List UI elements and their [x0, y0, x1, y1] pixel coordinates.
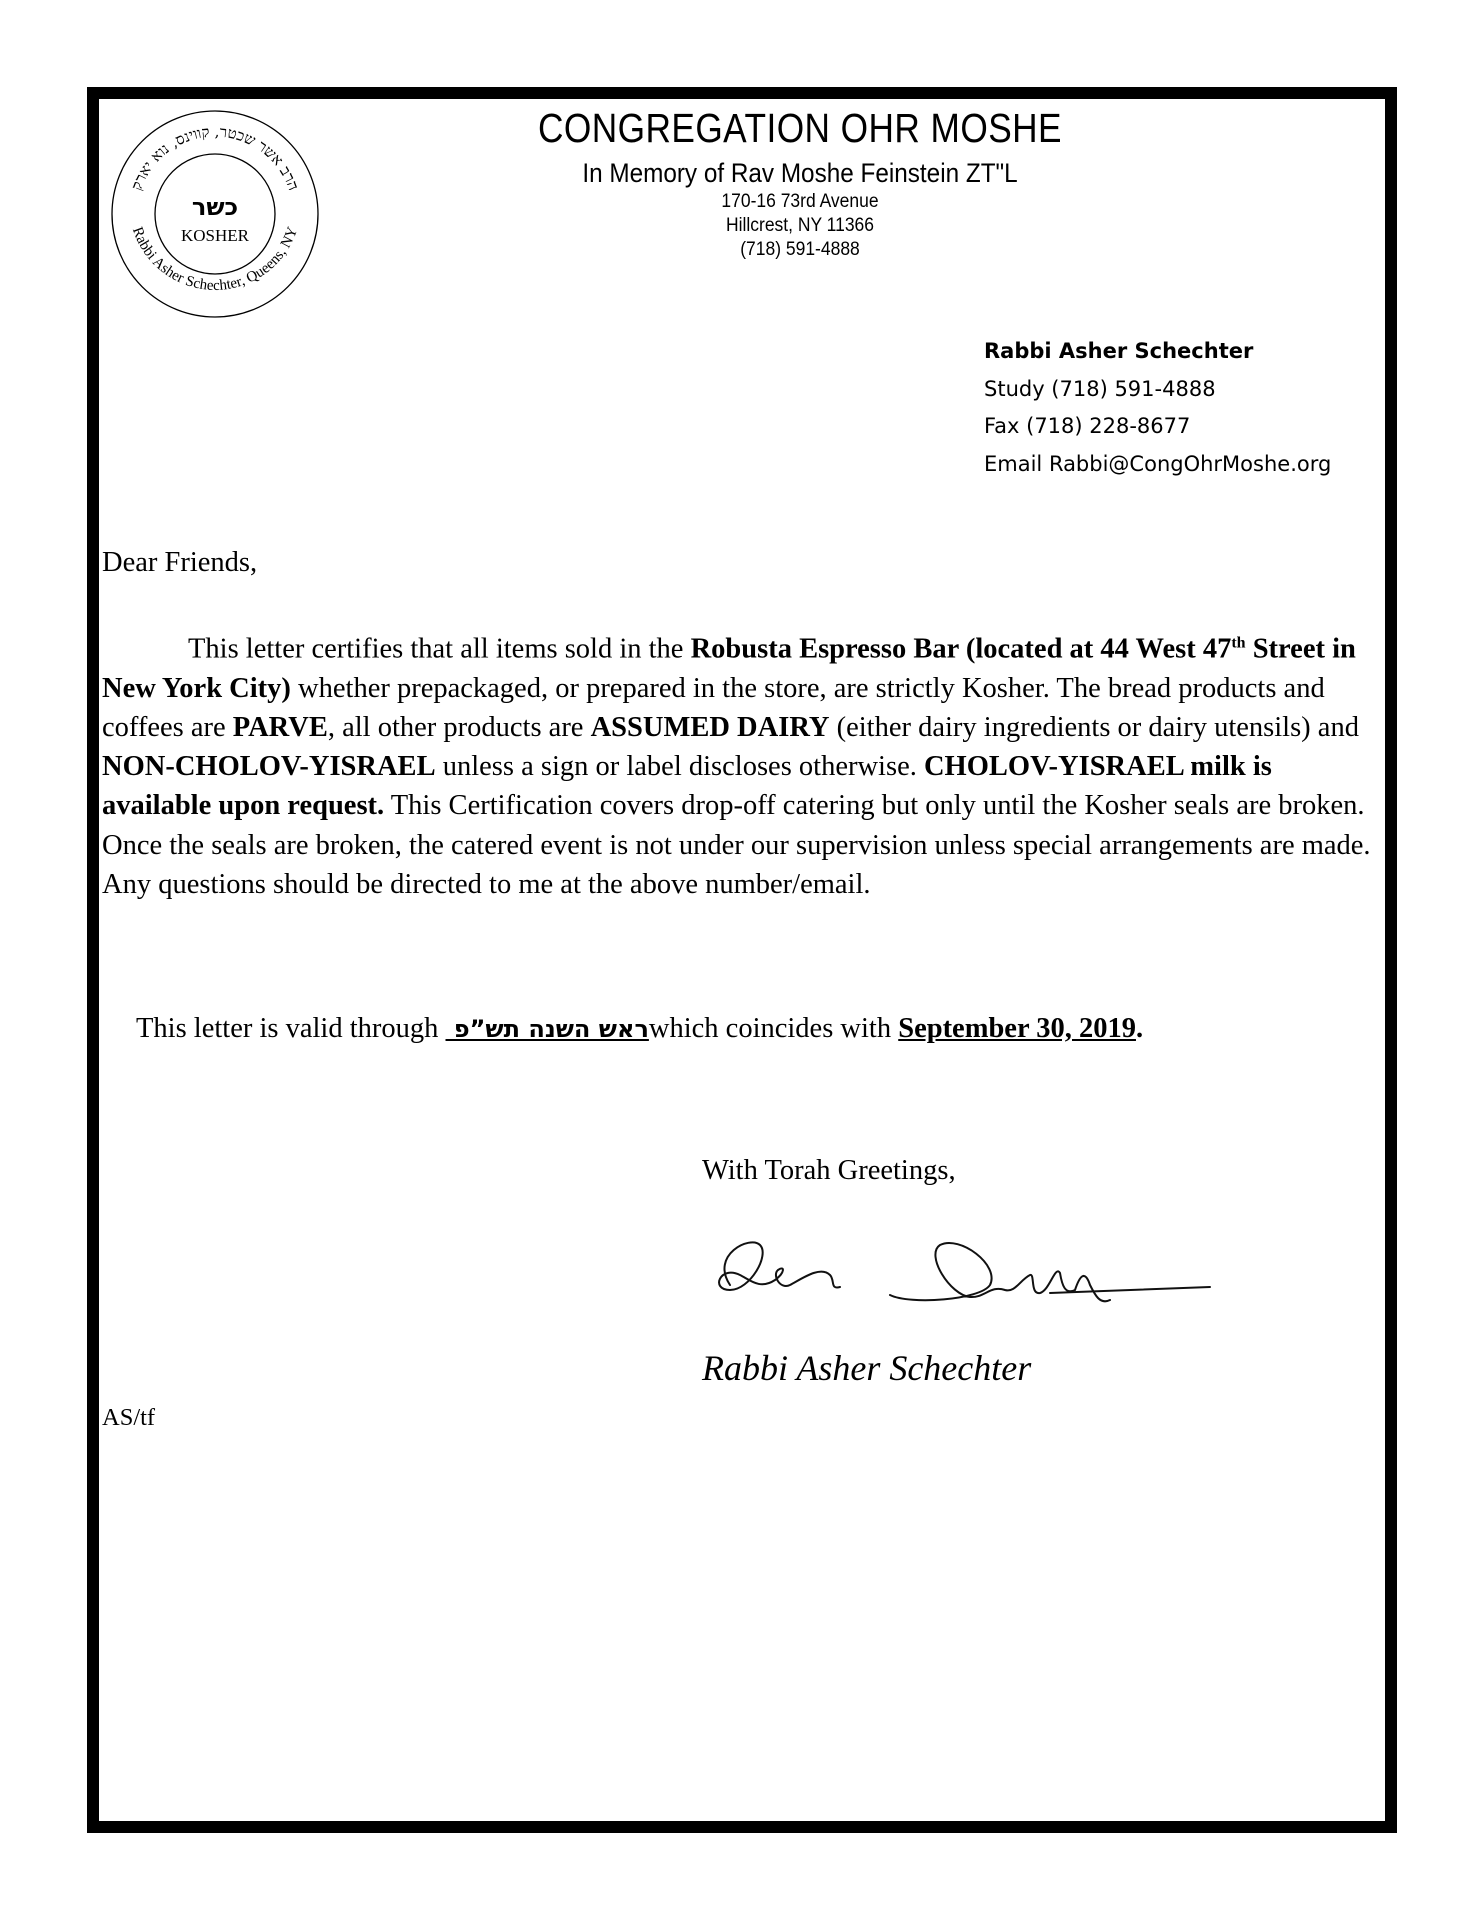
salutation: Dear Friends,	[102, 543, 1382, 582]
text-run: .	[1136, 1013, 1143, 1044]
hebrew-date: ראש השנה תש”פ	[446, 1015, 649, 1043]
text-run: (either dairy ingredients or dairy utens…	[829, 712, 1358, 743]
contact-email: Email Rabbi@CongOhrMoshe.org	[984, 446, 1331, 484]
non-cholov-yisrael-label: NON-CHOLOV-YISRAEL	[102, 751, 436, 782]
contact-block: Rabbi Asher Schechter Study (718) 591-48…	[984, 333, 1331, 483]
text-run: This letter certifies that all items sol…	[188, 634, 691, 665]
certification-paragraph: This letter certifies that all items sol…	[102, 623, 1377, 904]
phone-number: (718) 591-4888	[469, 238, 1131, 262]
establishment-name: Robusta Espresso Bar (located at 44 West…	[691, 634, 1232, 665]
signature-name: Rabbi Asher Schechter	[702, 1347, 1031, 1389]
contact-name: Rabbi Asher Schechter	[984, 333, 1331, 371]
kosher-seal-icon: הרב אשר שכטר, קווינס, נוא יארק Rabbi Ash…	[108, 107, 322, 321]
address-line-2: Hillcrest, NY 11366	[469, 214, 1131, 238]
contact-study-phone: Study (718) 591-4888	[984, 371, 1331, 409]
svg-text:הרב אשר שכטר, קווינס, נוא יארק: הרב אשר שכטר, קווינס, נוא יארק	[127, 123, 302, 193]
ordinal-suffix: th	[1231, 634, 1245, 651]
letterhead: CONGREGATION OHR MOSHE In Memory of Rav …	[440, 104, 1160, 262]
address-line-1: 170-16 73rd Avenue	[469, 190, 1131, 214]
organization-name: CONGREGATION OHR MOSHE	[490, 104, 1109, 152]
reference-initials: AS/tf	[102, 1404, 155, 1432]
parve-label: PARVE	[233, 712, 328, 743]
seal-kosher-english: KOSHER	[181, 226, 250, 245]
text-run: , all other products are	[328, 712, 591, 743]
contact-fax: Fax (718) 228-8677	[984, 408, 1331, 446]
text-run: This letter is valid through	[136, 1013, 446, 1044]
seal-hebrew-ring: הרב אשר שכטר, קווינס, נוא יארק	[127, 123, 302, 193]
text-run: which coincides with	[649, 1013, 898, 1044]
dairy-label: ASSUMED DAIRY	[591, 712, 830, 743]
expiration-date: September 30, 2019	[898, 1013, 1136, 1044]
memorial-line: In Memory of Rav Moshe Feinstein ZT"L	[476, 156, 1124, 190]
closing: With Torah Greetings,	[702, 1155, 956, 1187]
validity-statement: This letter is valid through ראש השנה תש…	[136, 1009, 1416, 1049]
text-run: unless a sign or label discloses otherwi…	[436, 751, 924, 782]
seal-kosher-hebrew: כשר	[192, 193, 238, 221]
signature-icon	[690, 1235, 1250, 1345]
